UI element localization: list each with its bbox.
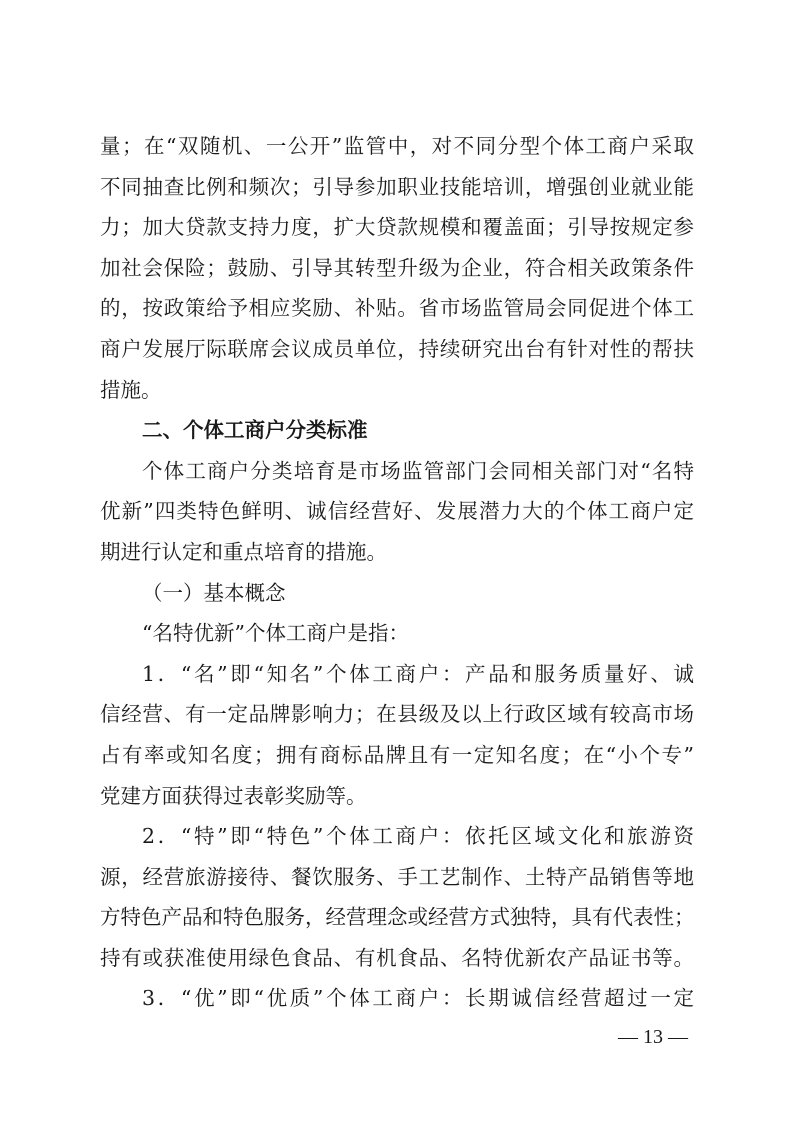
item-1-line: 占有率或知名度；拥有商标品牌且有一定知名度；在“小个专” (100, 735, 694, 776)
item-1-line: 党建方面获得过表彰奖励等。 (100, 776, 694, 817)
subsection-heading: （一）基本概念 (100, 573, 694, 614)
item-2-line: 2．“特”即“特色”个体工商户：依托区域文化和旅游资 (100, 816, 694, 857)
page-number: — 13 — (618, 1026, 688, 1049)
item-3-line: 3．“优”即“优质”个体工商户：长期诚信经营超过一定 (100, 978, 694, 1019)
body-line: 不同抽查比例和频次；引导参加职业技能培训，增强创业就业能 (100, 167, 694, 208)
body-line: 加社会保险；鼓励、引导其转型升级为企业，符合相关政策条件 (100, 248, 694, 289)
intro-line: 期进行认定和重点培育的措施。 (100, 532, 694, 573)
body-line: 的，按政策给予相应奖励、补贴。省市场监管局会同促进个体工 (100, 288, 694, 329)
body-line: 量；在“双随机、一公开”监管中，对不同分型个体工商户采取 (100, 126, 694, 167)
intro-line: 优新”四类特色鲜明、诚信经营好、发展潜力大的个体工商户定 (100, 491, 694, 532)
intro-line: 个体工商户分类培育是市场监管部门会同相关部门对“名特 (100, 451, 694, 492)
item-2-line: 源，经营旅游接待、餐饮服务、手工艺制作、土特产品销售等地 (100, 857, 694, 898)
item-1-line: 信经营、有一定品牌影响力；在县级及以上行政区域有较高市场 (100, 694, 694, 735)
body-line: 措施。 (100, 370, 694, 411)
document-page: 量；在“双随机、一公开”监管中，对不同分型个体工商户采取 不同抽查比例和频次；引… (100, 126, 694, 1019)
body-line: 商户发展厅际联席会议成员单位，持续研究出台有针对性的帮扶 (100, 329, 694, 370)
section-heading: 二、个体工商户分类标准 (100, 410, 694, 451)
item-1-line: 1．“名”即“知名”个体工商户：产品和服务质量好、诚 (100, 654, 694, 695)
item-2-line: 持有或获准使用绿色食品、有机食品、名特优新农产品证书等。 (100, 938, 694, 979)
item-2-line: 方特色产品和特色服务，经营理念或经营方式独特，具有代表性； (100, 897, 694, 938)
definition-lead: “名特优新”个体工商户是指： (100, 613, 694, 654)
body-line: 力；加大贷款支持力度，扩大贷款规模和覆盖面；引导按规定参 (100, 207, 694, 248)
